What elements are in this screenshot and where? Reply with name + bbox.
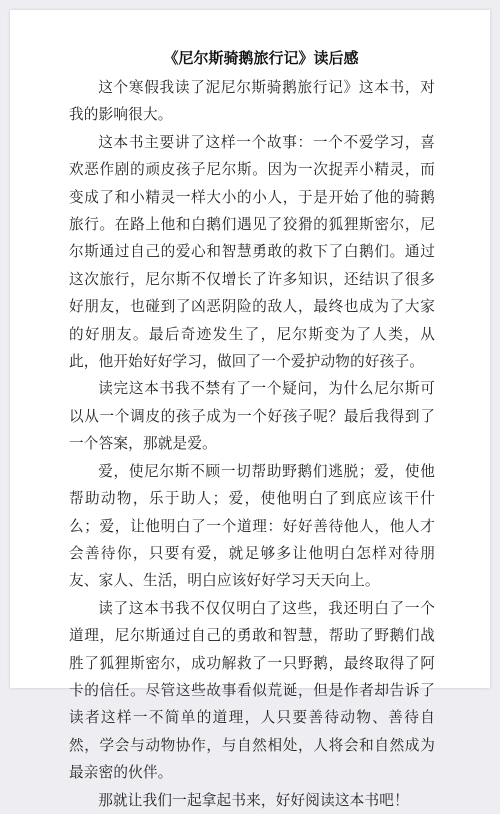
paragraph-story-summary: 这本书主要讲了这样一个故事：一个不爱学习，喜欢恶作剧的顽皮孩子尼尔斯。因为一次捉… xyxy=(69,129,435,376)
document-content: 《尼尔斯骑鹅旅行记》读后感 这个寒假我读了泥尼尔斯骑鹅旅行记》这本书，对我的影响… xyxy=(69,48,435,697)
document-page: 《尼尔斯骑鹅旅行记》读后感 这个寒假我读了泥尼尔斯骑鹅旅行记》这本书，对我的影响… xyxy=(10,10,490,688)
paragraph-question: 读完这本书我不禁有了一个疑问，为什么尼尔斯可以从一个调皮的孩子成为一个好孩子呢？… xyxy=(69,375,435,457)
paragraph-lesson: 读了这本书我不仅仅明白了这些，我还明白了一个道理，尼尔斯通过自己的勇敢和智慧，帮… xyxy=(69,595,435,697)
paragraph-intro: 这个寒假我读了泥尼尔斯骑鹅旅行记》这本书，对我的影响很大。 xyxy=(69,74,435,129)
paragraph-love: 爱，使尼尔斯不顾一切帮助野鹅们逃脱；爱，使他帮助动物，乐于助人；爱，使他明白了到… xyxy=(69,458,435,595)
document-title: 《尼尔斯骑鹅旅行记》读后感 xyxy=(69,48,435,68)
